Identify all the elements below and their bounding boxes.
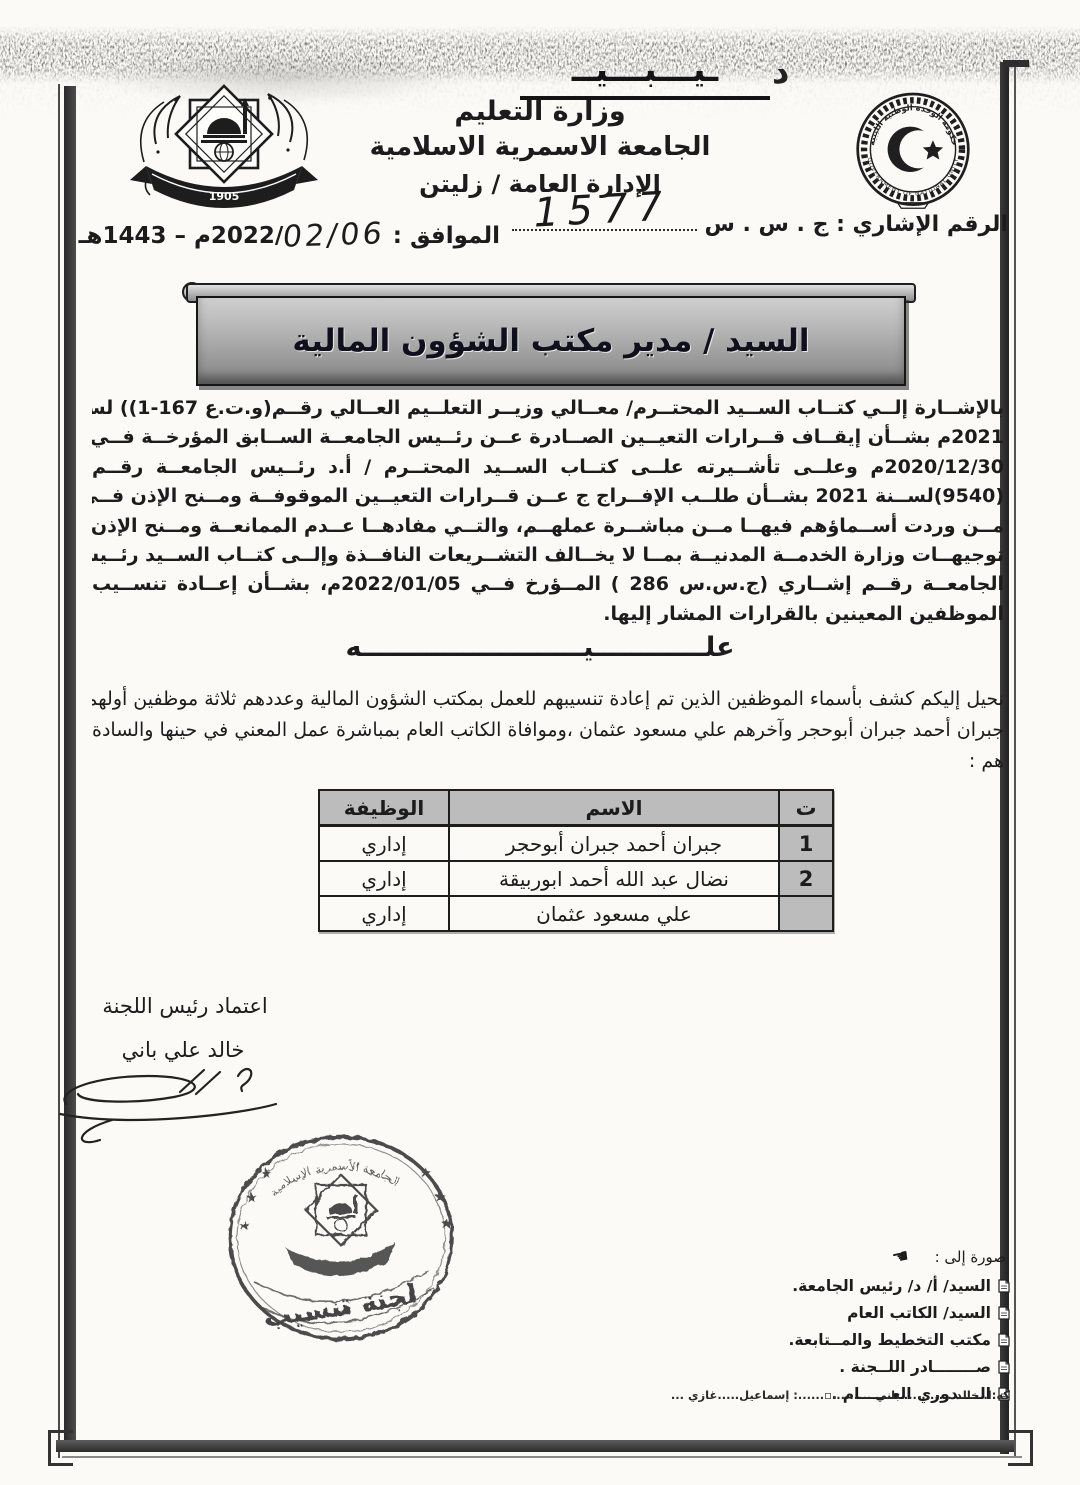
body-line: هم : [92, 746, 1004, 777]
ministry-title: وزارة التعليم [330, 96, 750, 127]
reference-number-handwritten: 1577 [513, 182, 690, 237]
table-header-job: الوظيفة [319, 790, 449, 826]
date-suffix: م – 1443هـ [79, 223, 211, 249]
body-line: توجيهــات وزارة الخدمــة المدنيــة بمــا… [92, 541, 1004, 570]
svg-text:★: ★ [238, 1218, 251, 1234]
row-number: 2 [779, 861, 833, 896]
employee-job: إداري [319, 896, 449, 931]
distribution-list: صورة إلى : ☚ السيد/ أ/ د/ رئيس الجامعة. … [688, 1246, 1010, 1403]
logo-year: 1905 [209, 190, 240, 203]
body-line: مــن وردت أســماؤهم فيهــا مــن مباشــرة… [92, 512, 1004, 541]
body-paragraph-1: بالإشــارة إلــي كتــاب الســيد المحتــر… [92, 394, 1004, 629]
document-icon [998, 1306, 1010, 1320]
university-logo: 1905 [118, 82, 330, 222]
scanned-document-page: { "scan_artifacts": { "top_partial_text"… [0, 0, 1080, 1485]
title-banner: السيد / مدير مكتب الشؤون المالية [196, 296, 906, 386]
pointing-hand-icon: ☚ [889, 1244, 910, 1269]
employee-job: إداري [319, 826, 449, 862]
government-logo: حكومة الوحدة الوطنية الليبية GOVERNMENT … [838, 84, 988, 220]
approval-title: اعتماد رئيس اللجنة [100, 994, 270, 1018]
row-number: 1 [779, 826, 833, 862]
date-handwritten: 02/06 [281, 216, 387, 255]
document-icon [998, 1360, 1010, 1374]
stamp-arc-text: الجامعة الأسمرية الإسلامية [267, 1158, 402, 1199]
reference-dotted-line: 1577 [512, 215, 697, 231]
body-line: 2021م بشــأن إيقــاف قــرارات التعيــين … [92, 423, 1004, 452]
body-line: الموظفين المعينين بالقرارات المشار إليها… [92, 600, 1004, 629]
table-row: 2 نضال عبد الله أحمد ابوربيقة إداري [319, 861, 833, 896]
svg-text:★: ★ [245, 1190, 258, 1206]
aleyhi-word: علــــــــــــيــــــــــــــــــــــــه [280, 632, 800, 663]
crescent-star-icon [888, 127, 943, 172]
svg-text:★: ★ [420, 1166, 433, 1182]
bottom-border-thin-line [62, 1456, 1022, 1458]
date-label: الموافق : [393, 223, 500, 249]
distribution-item: صــــــــادر اللــجنة . [688, 1358, 1010, 1376]
partial-country-text: ـيـــبـــيــ [520, 48, 770, 100]
typist-reference-line: كه:ا. خالد ........... باني .........▫..… [688, 1388, 1010, 1402]
reference-label: الرقم الإشاري : ج . س . س [705, 212, 1009, 237]
document-icon [998, 1333, 1010, 1347]
bottom-right-corner-bracket [1008, 1430, 1033, 1466]
left-border-bar [64, 86, 76, 1448]
right-border-thin-line [1014, 60, 1016, 1458]
body-paragraph-2: نحيل إليكم كشف بأسماء الموظفين الذين تم … [92, 684, 1004, 777]
employee-name: نضال عبد الله أحمد ابوربيقة [449, 861, 779, 896]
svg-text:★: ★ [434, 1190, 447, 1206]
body-line: (9540)لســنة 2021 بشــأن طلــب الإفــراج… [92, 482, 1004, 511]
row-number [779, 896, 833, 931]
banner-title-text: السيد / مدير مكتب الشؤون المالية [292, 323, 809, 359]
staff-table: ت الاسم الوظيفة 1 جبران أحمد جبران أبوحج… [318, 789, 834, 932]
table-header-number: ت [779, 790, 833, 826]
employee-job: إداري [319, 861, 449, 896]
distribution-item: مكتب التخطيط والمــتابعة. [688, 1331, 1010, 1349]
employee-name: علي مسعود عثمان [449, 896, 779, 931]
employee-name: جبران أحمد جبران أبوحجر [449, 826, 779, 862]
document-icon [998, 1279, 1010, 1293]
body-line: بالإشــارة إلــي كتــاب الســيد المحتــر… [92, 394, 1004, 423]
table-row: علي مسعود عثمان إداري [319, 896, 833, 931]
partial-letter: د [772, 52, 789, 92]
stamp-stars: ★★★ ★★★ [238, 1166, 453, 1234]
date-line: الموافق : 2022/02/06م – 1443هـ [100, 216, 500, 251]
top-right-corner-mark [1003, 60, 1029, 67]
distribution-heading-row: صورة إلى : ☚ [688, 1246, 1006, 1268]
table-header-row: ت الاسم الوظيفة [319, 790, 833, 826]
distribution-item: السيد/ أ/ د/ رئيس الجامعة. [688, 1277, 1010, 1295]
left-border-thin-line [58, 84, 60, 1458]
svg-text:★: ★ [440, 1216, 453, 1232]
body-line: نحيل إليكم كشف بأسماء الموظفين الذين تم … [92, 684, 1004, 715]
committee-stamp: ★★★ ★★★ الجامعة الأسمرية الإسلامية لجنة … [198, 1130, 484, 1356]
university-title: الجامعة الاسمرية الاسلامية [330, 132, 750, 162]
svg-text:★: ★ [260, 1166, 273, 1182]
table-header-name: الاسم [449, 790, 779, 826]
distribution-item: السيد/ الكاتب العام [688, 1304, 1010, 1322]
svg-text:الجامعة الأسمرية الإسلامية: الجامعة الأسمرية الإسلامية [267, 1158, 402, 1199]
distribution-heading: صورة إلى : [935, 1248, 1006, 1266]
body-line: جبران أحمد جبران أبوحجر وآخرهم علي مسعود… [92, 715, 1004, 746]
bottom-left-corner-bracket [48, 1430, 73, 1466]
body-line: الجامعــة رقــم إشــاري (ج.س.س 286 ) الم… [92, 570, 1004, 599]
bottom-border-bar [56, 1440, 1014, 1452]
body-line: 2020/12/30م وعلــى تأشــيرته علــى كتــا… [92, 453, 1004, 482]
reference-line: الرقم الإشاري : ج . س . س 1577 [580, 212, 1008, 237]
date-value: 2022/02/06 [211, 223, 385, 249]
table-row: 1 جبران أحمد جبران أبوحجر إداري [319, 826, 833, 862]
